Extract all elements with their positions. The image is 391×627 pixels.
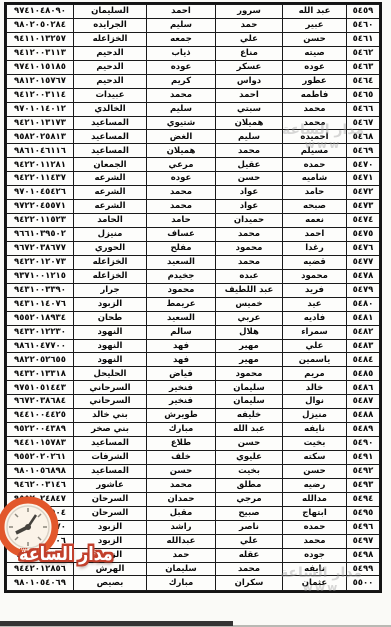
cell-first-name: خالد [283, 381, 347, 395]
cell-serial: ٥٤٨٨ [347, 409, 380, 423]
cell-family-name: عاشور [74, 478, 147, 492]
cell-first-name: نايفه [283, 562, 347, 576]
cell-serial: ٥٤٩١ [347, 451, 380, 465]
cell-serial: ٥٤٦٦ [347, 102, 380, 116]
cell-grandfather-name: طلاع [147, 437, 216, 451]
cell-number: ٩٤٢٢٠١١٢٨١ [7, 158, 74, 172]
cell-family-name: جرار [74, 283, 147, 297]
cell-first-name: عبير [283, 18, 347, 32]
table-row: ٥٤٧٠ حمده عقيل مرعي الجمعان ٩٤٢٢٠١١٢٨١ [7, 158, 380, 172]
cell-family-name: الدحيم [74, 74, 147, 88]
cell-family-name: الخالدي [74, 102, 147, 116]
cell-number: ٩٤٢٢٠١١٤٣٧ [7, 172, 74, 186]
cell-first-name: فاديه [283, 311, 347, 325]
cell-first-name: محمد [283, 534, 347, 548]
cell-grandfather-name: حمد [147, 548, 216, 562]
table-row: ٥٤٧١ شاميه حسن عوده الشرعه ٩٤٢٢٠١١٤٣٧ [7, 172, 380, 186]
cell-first-name: عثمان [283, 576, 347, 591]
cell-first-name: ياسمين [283, 353, 347, 367]
cell-father-name: علي [216, 32, 283, 46]
cell-first-name: فاطمه [283, 88, 347, 102]
cell-serial: ٥٤٩٩ [347, 562, 380, 576]
table-row: ٥٤٦٨ احميده سليم الغض المساعيد ٩٥٨٢٠٢٥٨١… [7, 130, 380, 144]
table-row: ٥٤٧٤ نعمه حميدان حامد الحامد ٩٤٢٢٠١١٥٢٣ [7, 214, 380, 228]
cell-family-name: المساعيد [74, 116, 147, 130]
cell-first-name: مريم [283, 367, 347, 381]
cell-number: ٩٧٠١٠٤٥٤٢٦ [7, 186, 74, 200]
cell-grandfather-name: كريم [147, 74, 216, 88]
cell-father-name: ناصر [216, 520, 283, 534]
cell-family-name: الجمعان [74, 158, 147, 172]
cell-father-name: خليفه [216, 409, 283, 423]
cell-serial: ٥٤٨١ [347, 311, 380, 325]
cell-grandfather-name: هميلان [147, 144, 216, 158]
cell-first-name: محمود [283, 269, 347, 283]
cell-father-name: مطلق [216, 478, 283, 492]
table-row: ٥٤٧٥ احمد محمد عساف منيزل ٩٦٦١٠٣٩٥٠٢ [7, 228, 380, 242]
table-row: ٥٤٩٠ بخيت حسن طلاع المساعيد ٩٤٤١٠١٥٧٨٣ [7, 437, 380, 451]
scanned-roster-page: ٥٤٥٩ عبد الله سرور احمد السليمان ٩٧٤١٠٤٨… [0, 0, 391, 627]
cell-serial: ٥٤٨٢ [347, 325, 380, 339]
site-logo: مدار الساعة [0, 496, 92, 586]
cell-family-name: الشرعه [74, 186, 147, 200]
cell-serial: ٥٤٦٢ [347, 46, 380, 60]
cell-serial: ٥٤٨٧ [347, 395, 380, 409]
cell-number: ٩٤٢٢٠١١٥٢٣ [7, 214, 74, 228]
cell-first-name: صيته [283, 46, 347, 60]
table-row: ٥٤٦١ حسن علي جمعه الخزاعله ٩٤١١٠١٣٢٥٧ [7, 32, 380, 46]
table-row: ٥٤٨١ فاديه عربي السعيد طحان ٩٥٥٢٠١٨٩٣٤ [7, 311, 380, 325]
cell-grandfather-name: محمد [147, 186, 216, 200]
cell-serial: ٥٤٦٧ [347, 116, 380, 130]
cell-family-name: الخزاعله [74, 255, 147, 269]
cell-father-name: عسكر [216, 60, 283, 74]
table-row: ٥٤٦٣ عوده عسكر عوده الدحيم ٩٧٤١٠١٥١٨٥ [7, 60, 380, 74]
cell-grandfather-name: فنخير [147, 381, 216, 395]
cell-father-name: عبده [216, 269, 283, 283]
cell-number: ٩٧٠١٠١٤٠١٢ [7, 102, 74, 116]
table-row: ٥٤٨٥ مريم محمود فياض الحليحل ٩٤٣٢٠١٣٣١٨ [7, 367, 380, 381]
cell-family-name: المساعيد [74, 144, 147, 158]
cell-number: ٩٨١٢٠١٥٧٦٧ [7, 74, 74, 88]
cell-first-name: عوده [283, 60, 347, 74]
cell-serial: ٥٤٧٦ [347, 241, 380, 255]
cell-family-name: السرحاني [74, 395, 147, 409]
cell-first-name: رغدا [283, 241, 347, 255]
cell-first-name: احمد [283, 228, 347, 242]
cell-family-name: النهود [74, 325, 147, 339]
table-row: ٥٤٥٩ عبد الله سرور احمد السليمان ٩٧٤١٠٤٨… [7, 5, 380, 19]
cell-serial: ٥٤٦٨ [347, 130, 380, 144]
cell-family-name: الشرعه [74, 172, 147, 186]
cell-first-name: قضيه [283, 255, 347, 269]
cell-grandfather-name: محمد [147, 478, 216, 492]
cell-serial: ٥٤٩٦ [347, 520, 380, 534]
cell-first-name: رضيه [283, 478, 347, 492]
cell-father-name: محمود [216, 241, 283, 255]
cell-number: ٩٨٠٢٠٥٠٢٨٤ [7, 18, 74, 32]
table-row: ٥٤٧٧ قضيه محمد السعيد الخزاعله ٩٤٢٢٠١٢٠٧… [7, 255, 380, 269]
cell-grandfather-name: عبدالله [147, 534, 216, 548]
cell-number: ٩٥٢٢٠٠٤٣٨٩ [7, 423, 74, 437]
cell-grandfather-name: محمود [147, 283, 216, 297]
cell-first-name: ابتهاج [283, 506, 347, 520]
cell-serial: ٥٤٩٤ [347, 492, 380, 506]
cell-family-name: عبيدات [74, 88, 147, 102]
cell-father-name: مرجي [216, 492, 283, 506]
cell-number: ٩٤٢١٠١٣١٧٣ [7, 116, 74, 130]
cell-father-name: عربي [216, 311, 283, 325]
cell-family-name: الحوري [74, 241, 147, 255]
cell-father-name: سبتي [216, 102, 283, 116]
cell-number: ٩٤٣١٠٠٣٣٩٠ [7, 283, 74, 297]
cell-father-name: هلال [216, 325, 283, 339]
cell-serial: ٥٤٧٨ [347, 269, 380, 283]
table-row: ٥٤٨٨ منيزل خليفه طويرش بني خالد ٩٤٤١٠٠٤٤… [7, 409, 380, 423]
table-row: ٥٤٨٤ ياسمين مهير فهد النهود ٩٨٢٢٠٥٢٦٥٥ [7, 353, 380, 367]
cell-serial: ٥٤٦٠ [347, 18, 380, 32]
cell-first-name: علي [283, 339, 347, 353]
page-edge-shadow [0, 621, 233, 626]
table-row: ٥٤٦٧ محمد هميلان شتيوي المساعيد ٩٤٢١٠١٣١… [7, 116, 380, 130]
table-row: ٥٤٩٣ رضيه مطلق محمد عاشور ٩٤٦٢٠٠٣١٤٦ [7, 478, 380, 492]
table-row: ٥٤٨٧ نوال سليمان فنخير السرحاني ٩٦٧٢٠٣٨٦… [7, 395, 380, 409]
cell-first-name: نوال [283, 395, 347, 409]
cell-father-name: عقله [216, 548, 283, 562]
cell-father-name: احمد [216, 88, 283, 102]
cell-grandfather-name: مقبل [147, 506, 216, 520]
cell-first-name: حسن [283, 32, 347, 46]
cell-family-name: بني صخر [74, 423, 147, 437]
cell-grandfather-name: سليم [147, 18, 216, 32]
cell-grandfather-name: خلف [147, 451, 216, 465]
cell-serial: ٥٥٠٠ [347, 576, 380, 591]
cell-grandfather-name: فنخير [147, 395, 216, 409]
cell-serial: ٥٤٥٩ [347, 5, 380, 19]
cell-number: ٩٧٥١٠٥١٤٤٣ [7, 381, 74, 395]
cell-father-name: عواد [216, 200, 283, 214]
cell-first-name: حامد [283, 186, 347, 200]
cell-family-name: الدحيم [74, 46, 147, 60]
cell-family-name: الدحيم [74, 60, 147, 74]
cell-grandfather-name: مبارك [147, 576, 216, 591]
cell-serial: ٥٤٨٤ [347, 353, 380, 367]
cell-father-name: صبيح [216, 506, 283, 520]
cell-number: ٩٨٦١٠٤٧٧٠٠ [7, 339, 74, 353]
cell-father-name: علي [216, 534, 283, 548]
cell-serial: ٥٤٨٥ [347, 367, 380, 381]
cell-grandfather-name: حمدان [147, 492, 216, 506]
cell-father-name: عليوي [216, 451, 283, 465]
cell-number: ٩٨٦١٠٤٦١١٦ [7, 144, 74, 158]
cell-number: ٩٤٤١٠٠٤٤٢٥ [7, 409, 74, 423]
cell-father-name: سليمان [216, 381, 283, 395]
cell-grandfather-name: مبارك [147, 423, 216, 437]
cell-father-name: عبد الله [216, 423, 283, 437]
cell-number: ٩٤٣١٠١٤٠٧٦ [7, 297, 74, 311]
table-row: ٥٤٧٣ صبحه عواد محمد الشرعه ٩٧٢٢٠٤٥٥٧١ [7, 200, 380, 214]
cell-father-name: محمد [216, 144, 283, 158]
cell-number: ٩٥٥٢٠١٨٩٣٤ [7, 311, 74, 325]
cell-father-name: سليمان [216, 395, 283, 409]
cell-family-name: الخزاعله [74, 32, 147, 46]
cell-serial: ٥٤٨٦ [347, 381, 380, 395]
table-row: ٥٤٧٩ فريد عبد اللطيف محمود جرار ٩٤٣١٠٠٣٣… [7, 283, 380, 297]
cell-grandfather-name: سليمان [147, 562, 216, 576]
table-row: ٥٤٦٩ مسيلم محمد هميلان المساعيد ٩٨٦١٠٤٦١… [7, 144, 380, 158]
cell-family-name: الزبود [74, 297, 147, 311]
table-row: ٥٤٧٢ حامد عواد محمد الشرعه ٩٧٠١٠٤٥٤٢٦ [7, 186, 380, 200]
cell-first-name: شاميه [283, 172, 347, 186]
cell-first-name: حمده [283, 520, 347, 534]
cell-number: ٩٨٠١٠٥٦٨٩٨ [7, 464, 74, 478]
cell-serial: ٥٤٩٣ [347, 478, 380, 492]
cell-family-name: الجرايده [74, 18, 147, 32]
cell-family-name: بني خالد [74, 409, 147, 423]
cell-grandfather-name: فياض [147, 367, 216, 381]
cell-grandfather-name: حامد [147, 214, 216, 228]
table-row: ٥٤٦٢ صيته مناع ذياب الدحيم ٩٤١٢٠٠٣١١٣ [7, 46, 380, 60]
cell-father-name: سرور [216, 5, 283, 19]
table-row: ٥٤٧٦ رغدا محمود مفلح الحوري ٩٦٧٢٠٣٨٦٧٧ [7, 241, 380, 255]
cell-first-name: نايفه [283, 423, 347, 437]
cell-grandfather-name: مرعي [147, 158, 216, 172]
cell-first-name: نعمه [283, 214, 347, 228]
cell-grandfather-name: سليم [147, 102, 216, 116]
table-row: ٥٤٩١ سكته عليوي خلف الشرفات ٩٥٥٢٠٢٠٢٦١ [7, 451, 380, 465]
cell-first-name: مدالله [283, 492, 347, 506]
cell-serial: ٥٤٧٩ [347, 283, 380, 297]
cell-first-name: عطور [283, 74, 347, 88]
cell-father-name: مناع [216, 46, 283, 60]
cell-number: ٩٤٣٢٠١٢٢٣٠ [7, 325, 74, 339]
cell-first-name: صبحه [283, 200, 347, 214]
cell-grandfather-name: سالم [147, 325, 216, 339]
cell-first-name: عبد الله [283, 5, 347, 19]
cell-serial: ٥٤٧٠ [347, 158, 380, 172]
cell-father-name: محمد [216, 228, 283, 242]
cell-first-name: محمد [283, 102, 347, 116]
cell-father-name: بخيت [216, 464, 283, 478]
cell-serial: ٥٤٧٤ [347, 214, 380, 228]
cell-grandfather-name: احمد [147, 5, 216, 19]
cell-grandfather-name: حسن [147, 464, 216, 478]
cell-first-name: حمده [283, 158, 347, 172]
cell-number: ٩٤١٢٠٠٣١١٣ [7, 46, 74, 60]
cell-grandfather-name: عوده [147, 172, 216, 186]
table-row: ٥٤٨٠ عيد خميس عريمط الزبود ٩٤٣١٠١٤٠٧٦ [7, 297, 380, 311]
cell-first-name: بخيت [283, 437, 347, 451]
cell-serial: ٥٤٧٧ [347, 255, 380, 269]
cell-grandfather-name: جخيدم [147, 269, 216, 283]
cell-grandfather-name: عوده [147, 60, 216, 74]
cell-father-name: عبد اللطيف [216, 283, 283, 297]
cell-father-name: عواد [216, 186, 283, 200]
table-row: ٥٤٨٣ علي مهير فهد النهود ٩٨٦١٠٤٧٧٠٠ [7, 339, 380, 353]
cell-grandfather-name: ذياب [147, 46, 216, 60]
cell-serial: ٥٤٩٢ [347, 464, 380, 478]
logo-brand-text: مدار الساعة [19, 543, 113, 565]
cell-first-name: سمراء [283, 325, 347, 339]
cell-grandfather-name: مفلح [147, 241, 216, 255]
cell-grandfather-name: راشد [147, 520, 216, 534]
cell-father-name: مهير [216, 353, 283, 367]
cell-number: ٩٥٨٢٠٢٥٨١٣ [7, 130, 74, 144]
cell-grandfather-name: محمد [147, 200, 216, 214]
cell-first-name: احميده [283, 130, 347, 144]
cell-serial: ٥٤٩٧ [347, 534, 380, 548]
cell-grandfather-name: عريمط [147, 297, 216, 311]
table-row: ٥٤٦٦ محمد سبتي سليم الخالدي ٩٧٠١٠١٤٠١٢ [7, 102, 380, 116]
cell-serial: ٥٤٧٥ [347, 228, 380, 242]
cell-serial: ٥٤٩٥ [347, 506, 380, 520]
cell-family-name: الحليحل [74, 367, 147, 381]
cell-father-name: حسن [216, 437, 283, 451]
cell-family-name: المساعيد [74, 130, 147, 144]
table-row: ٥٤٩٢ حسن بخيت حسن المساعيد ٩٨٠١٠٥٦٨٩٨ [7, 464, 380, 478]
cell-serial: ٥٤٦٥ [347, 88, 380, 102]
table-row: ٥٤٨٦ خالد سليمان فنخير السرحاني ٩٧٥١٠٥١٤… [7, 381, 380, 395]
cell-serial: ٥٤٧١ [347, 172, 380, 186]
table-row: ٥٤٨٩ نايفه عبد الله مبارك بني صخر ٩٥٢٢٠٠… [7, 423, 380, 437]
cell-first-name: فريد [283, 283, 347, 297]
table-row: ٥٤٦٤ عطور دواس كريم الدحيم ٩٨١٢٠١٥٧٦٧ [7, 74, 380, 88]
cell-serial: ٥٤٧٣ [347, 200, 380, 214]
cell-father-name: حميدان [216, 214, 283, 228]
cell-number: ٩٤١٢٠٠٣١١٤ [7, 88, 74, 102]
cell-serial: ٥٤٩٠ [347, 437, 380, 451]
cell-family-name: الحامد [74, 214, 147, 228]
cell-number: ٩٦٦١٠٣٩٥٠٢ [7, 228, 74, 242]
cell-father-name: سليم [216, 130, 283, 144]
cell-number: ٩٤٣٢٠١٣٣١٨ [7, 367, 74, 381]
cell-number: ٩٤٢٢٠١٢٠٧٣ [7, 255, 74, 269]
cell-first-name: منيزل [283, 409, 347, 423]
cell-serial: ٥٤٨٩ [347, 423, 380, 437]
cell-grandfather-name: طويرش [147, 409, 216, 423]
cell-grandfather-name: السعيد [147, 255, 216, 269]
cell-number: ٩٤١١٠١٣٢٥٧ [7, 32, 74, 46]
cell-family-name: المساعيد [74, 437, 147, 451]
cell-family-name: منيزل [74, 228, 147, 242]
cell-family-name: السليمان [74, 5, 147, 19]
cell-family-name: طحان [74, 311, 147, 325]
cell-number: ٩٧٤١٠١٥١٨٥ [7, 60, 74, 74]
cell-number: ٩٧٤١٠٤٨٠٩٠ [7, 5, 74, 19]
cell-family-name: النهود [74, 339, 147, 353]
cell-number: ٩٨٢٢٠٥٢٦٥٥ [7, 353, 74, 367]
cell-family-name: المساعيد [74, 464, 147, 478]
cell-number: ٩٣٧١٠٠١٢١٥ [7, 269, 74, 283]
cell-serial: ٥٤٦٩ [347, 144, 380, 158]
cell-father-name: عقيل [216, 158, 283, 172]
cell-first-name: سكته [283, 451, 347, 465]
cell-father-name: محمد [216, 562, 283, 576]
cell-grandfather-name: السعيد [147, 311, 216, 325]
cell-father-name: مهير [216, 339, 283, 353]
cell-grandfather-name: فهد [147, 353, 216, 367]
cell-father-name: سكران [216, 576, 283, 591]
cell-serial: ٥٤٨٠ [347, 297, 380, 311]
cell-grandfather-name: جمعه [147, 32, 216, 46]
cell-family-name: السرحاني [74, 381, 147, 395]
cell-number: ٩٥٥٢٠٢٠٢٦١ [7, 451, 74, 465]
cell-father-name: دواس [216, 74, 283, 88]
cell-number: ٩٦٧٢٠٣٨٦٧٧ [7, 241, 74, 255]
cell-grandfather-name: فهد [147, 339, 216, 353]
cell-grandfather-name: شتيوي [147, 116, 216, 130]
table-row: ٥٤٨٢ سمراء هلال سالم النهود ٩٤٣٢٠١٢٢٣٠ [7, 325, 380, 339]
table-row: ٥٤٦٥ فاطمه احمد محمد عبيدات ٩٤١٢٠٠٣١١٤ [7, 88, 380, 102]
cell-father-name: محمد [216, 255, 283, 269]
cell-serial: ٥٤٨٣ [347, 339, 380, 353]
cell-grandfather-name: عساف [147, 228, 216, 242]
cell-number: ٩٤٤١٠١٥٧٨٣ [7, 437, 74, 451]
cell-father-name: هميلان [216, 116, 283, 130]
cell-serial: ٥٤٩٨ [347, 548, 380, 562]
cell-number: ٩٧٢٢٠٤٥٥٧١ [7, 200, 74, 214]
cell-family-name: الشرفات [74, 451, 147, 465]
cell-serial: ٥٤٦١ [347, 32, 380, 46]
cell-grandfather-name: محمد [147, 88, 216, 102]
cell-first-name: محمد [283, 116, 347, 130]
cell-father-name: خميس [216, 297, 283, 311]
cell-number: ٩٤٦٢٠٠٣١٤٦ [7, 478, 74, 492]
cell-first-name: حسن [283, 464, 347, 478]
cell-family-name: الخزاعله [74, 269, 147, 283]
cell-number: ٩٦٧٢٠٣٨٦٨٤ [7, 395, 74, 409]
cell-grandfather-name: الغض [147, 130, 216, 144]
cell-first-name: عيد [283, 297, 347, 311]
cell-family-name: النهود [74, 353, 147, 367]
cell-serial: ٥٤٦٣ [347, 60, 380, 74]
cell-first-name: جوده [283, 548, 347, 562]
table-row: ٥٤٦٠ عبير حمد سليم الجرايده ٩٨٠٢٠٥٠٢٨٤ [7, 18, 380, 32]
table-row: ٥٤٧٨ محمود عبده جخيدم الخزاعله ٩٣٧١٠٠١٢١… [7, 269, 380, 283]
cell-father-name: حسن [216, 172, 283, 186]
cell-serial: ٥٤٧٢ [347, 186, 380, 200]
cell-first-name: مسيلم [283, 144, 347, 158]
cell-father-name: محمود [216, 367, 283, 381]
cell-family-name: الشرعه [74, 200, 147, 214]
cell-father-name: حمد [216, 18, 283, 32]
cell-serial: ٥٤٦٤ [347, 74, 380, 88]
